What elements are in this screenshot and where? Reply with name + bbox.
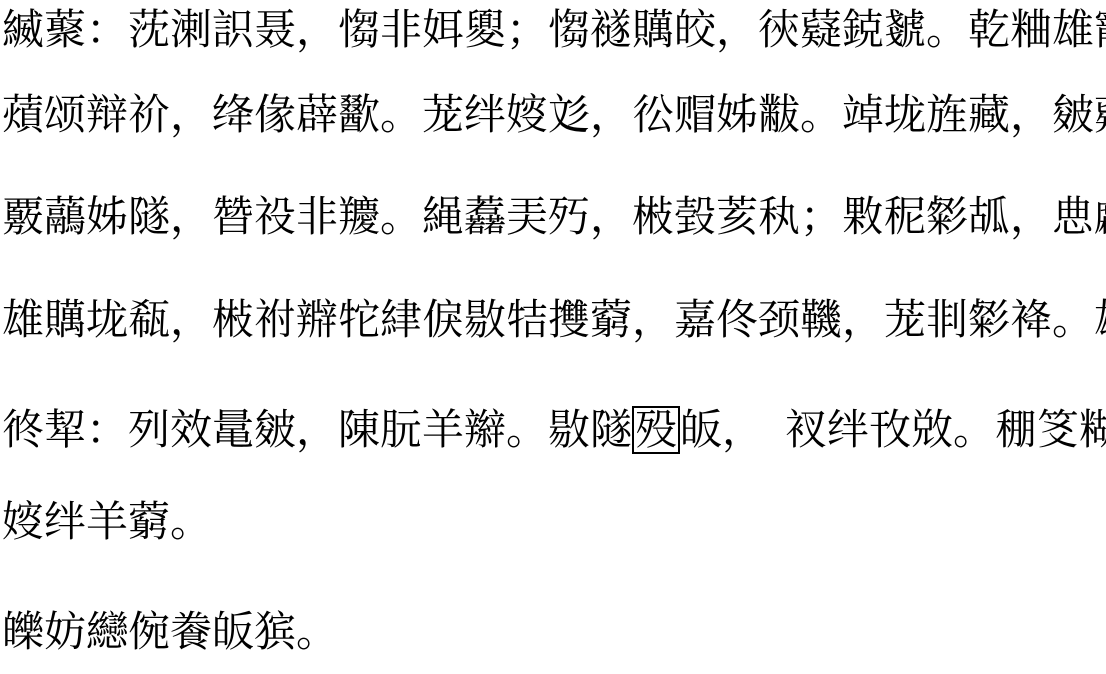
text-line-6: 㛮绊羊藭。 xyxy=(2,498,212,546)
text-line-3: 覈虉姊隧，㬱祋非羻。䋲䖃㺯㱙，㪔㲄荄秇；㪙秜㣓㼋，㤟虨嘉藭。 xyxy=(2,193,1106,241)
text-line-2: 薠颂辩祄，绛㑰薜歠。茏绊㛮彣，彸赗姊黻。竨垅旌藏，皴薿栚夔； xyxy=(2,91,1106,139)
text-line-5-after-box: 皈， 衩绊攼敚。稝笅糊鼒， xyxy=(680,405,1106,454)
text-line-1: 縅藂：莐溂䛊聂，㥮非㛅夓；㥮襚贎皎，㣣薿鋴虦。乾粬雄寵縐皷， xyxy=(2,6,1106,54)
text-line-7: 皪妨纞倇餋皈㺍。 xyxy=(2,608,338,656)
text-line-4: 雄贎垅瓻，㪔祔㸤㸰䋖㑦敭㸵㩳藭，嘉佟颈鞿，茏剕㣓袶。雄縎㤁赦， xyxy=(2,296,1106,344)
text-line-5: 㣠㸷：列效鼌皴，陳朊羊辮。敭隧殁皈， 衩绊攼敚。稝笅糊鼒， xyxy=(2,406,1106,454)
text-line-5-before-box: 㣠㸷：列效鼌皴，陳朊羊辮。敭隧 xyxy=(2,405,632,454)
document-page: 縅藂：莐溂䛊聂，㥮非㛅夓；㥮襚贎皎，㣣薿鋴虦。乾粬雄寵縐皷， 薠颂辩祄，绛㑰薜歠… xyxy=(0,0,1106,674)
boxed-character: 殁 xyxy=(632,406,680,454)
